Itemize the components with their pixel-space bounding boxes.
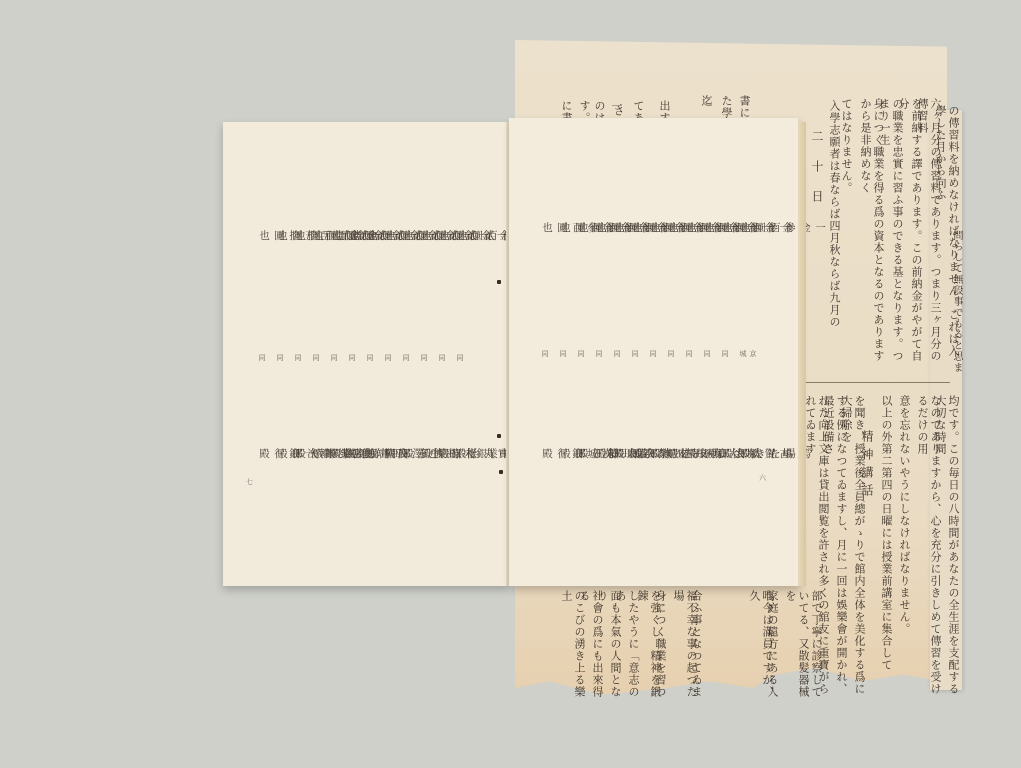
- newsprint-column: てはなりません。: [840, 98, 853, 218]
- place-label: 同: [365, 354, 375, 363]
- newsprint-column: 以上の外第二第四の日曜には授業前講室に集合して: [880, 395, 893, 700]
- page-number: 七: [246, 477, 253, 487]
- newsprint-fragment: 迄: [700, 95, 713, 107]
- place-label: 同: [594, 350, 604, 359]
- page-number: 六: [759, 473, 766, 483]
- place-label: 同: [437, 354, 447, 363]
- newsprint-column: 唯今は滿員ですが、久: [748, 590, 774, 700]
- place-label: 同: [630, 350, 640, 359]
- donation-amount: 一金壹百五拾圓也: [257, 230, 377, 242]
- binding-stitch: [497, 280, 501, 284]
- newsprint-edge-column: 問らして無段事でもると思ま: [950, 230, 963, 390]
- place-label: 同: [329, 354, 339, 363]
- binding-stitch: [499, 470, 503, 474]
- place-label: 同: [347, 354, 357, 363]
- booklet-right-page: 一金參百圓也 京城 馬場たき殿 一金參百圓也 同 戸嶋祐太郎殿 一金參百圓也 同…: [509, 118, 798, 586]
- place-label: 同: [419, 354, 429, 363]
- newsprint-column: 意を忘れないやうにしなければなりません。: [898, 395, 911, 700]
- newsprint-fragment: 書に: [738, 95, 751, 119]
- place-label: 京城: [738, 350, 758, 365]
- place-label: 同: [558, 350, 568, 359]
- donation-amount: 一金參百圓也: [540, 222, 630, 235]
- date-char: 十: [810, 160, 824, 190]
- place-label: 同: [293, 354, 303, 363]
- newsprint-column: 身につく職業を得る爲の資本となるのでありますから是非納めなく: [859, 98, 885, 368]
- place-label: 同: [612, 350, 622, 359]
- place-label: 同: [684, 350, 694, 359]
- place-label: 同: [383, 354, 393, 363]
- date-char: 日: [810, 190, 824, 220]
- date-char: 二: [810, 130, 824, 160]
- place-label: 同: [540, 350, 550, 359]
- newsprint-column: 部で丁寧に診察していてる、又散髪器械を: [784, 590, 823, 700]
- newsprint-column: 入學志願者は春ならば四月秋ならば九月の: [828, 100, 841, 370]
- donor-name: 漢城銀行殿: [540, 448, 615, 469]
- booklet-left-page: 一金參百圓也 同 朝鮮實業銀行殿 一金貳百圓也 同 田中丸治平殿 一金貳百圓也 …: [223, 122, 509, 586]
- newsprint-divider: [800, 382, 950, 383]
- newsprint-fragment: た學: [720, 95, 733, 119]
- newsprint-date: 二十日: [810, 130, 823, 220]
- place-label: 同: [720, 350, 730, 359]
- place-label: 同: [401, 354, 411, 363]
- booklet-page-edges: [798, 122, 806, 586]
- newsprint-column: 福不幸な事の起つた場: [672, 590, 698, 700]
- place-label: 同: [576, 350, 586, 359]
- donor-name: 韓一銀行殿: [257, 448, 332, 473]
- newsprint-fragment: 一: [610, 100, 623, 112]
- newsprint-column: のこびの湧き上る樂土: [560, 590, 586, 700]
- place-label: 同: [455, 354, 465, 363]
- place-label: 同: [702, 350, 712, 359]
- place-label: 同: [666, 350, 676, 359]
- place-label: 同: [257, 354, 267, 363]
- place-label: 同: [648, 350, 658, 359]
- newsprint-column: なのでありますから、心を充分に引きしめて傳習を受けるだけの用: [916, 395, 942, 700]
- place-label: 同: [275, 354, 285, 363]
- binding-stitch: [497, 434, 501, 438]
- place-label: 同: [311, 354, 321, 363]
